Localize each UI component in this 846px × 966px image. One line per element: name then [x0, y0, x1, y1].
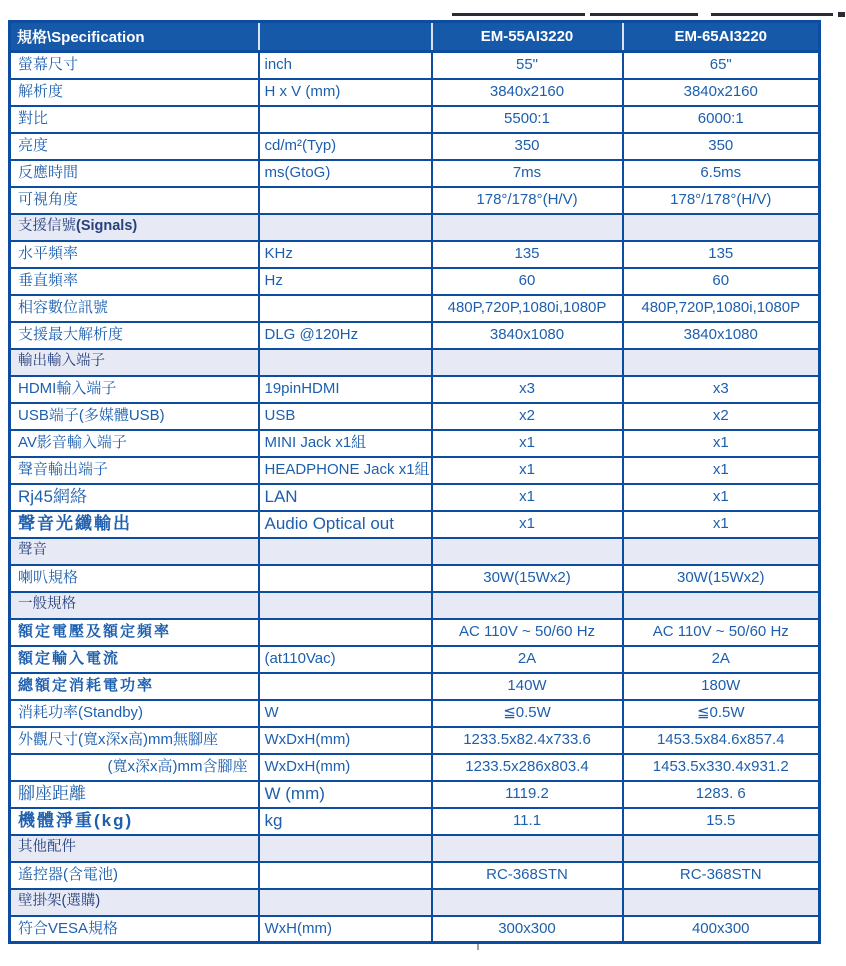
spec-unit-cell: USB: [259, 403, 432, 430]
value-text: 3840x1080: [684, 326, 758, 343]
spec-value-cell-em65: 60: [623, 268, 820, 295]
spec-value-cell-em65: ≦0.5W: [623, 700, 820, 727]
spec-label-cell: 其他配件: [10, 835, 259, 862]
spec-value-cell-em65: 1453.5x84.6x857.4: [623, 727, 820, 754]
spec-value-cell-em55: x1: [432, 430, 623, 457]
value-text: 180W: [701, 677, 740, 694]
table-row: 消耗功率(Standby)W≦0.5W≦0.5W: [10, 700, 820, 727]
table-row: 聲音輸出端子HEADPHONE Jack x1組x1x1: [10, 457, 820, 484]
spec-unit-cell: Hz: [259, 268, 432, 295]
value-text: x1: [713, 488, 729, 505]
spec-value-cell-em65: x3: [623, 376, 820, 403]
spec-value-cell-em65: 3840x2160: [623, 79, 820, 106]
unit-text: inch: [265, 56, 293, 73]
label-text: 額定電壓及額定頻率: [18, 623, 171, 640]
table-row: 亮度cd/m²(Typ)350350: [10, 133, 820, 160]
spec-value-cell-em55: 5500:1: [432, 106, 623, 133]
spec-value-cell-em55: 2A: [432, 646, 623, 673]
spec-value-cell-em55: [432, 592, 623, 619]
spec-value-cell-em65: 30W(15Wx2): [623, 565, 820, 592]
spec-label-cell: HDMI輸入端子: [10, 376, 259, 403]
cropped-image-artifact: [452, 13, 585, 16]
label-text: 聲音: [18, 542, 47, 558]
spec-value-cell-em55: 300x300: [432, 916, 623, 943]
spec-label-cell: 垂直頻率: [10, 268, 259, 295]
unit-text: kg: [265, 811, 283, 830]
spec-value-cell-em55: 140W: [432, 673, 623, 700]
value-text: 135: [514, 245, 539, 262]
spec-value-cell-em65: x2: [623, 403, 820, 430]
table-row: 喇叭規格30W(15Wx2)30W(15Wx2): [10, 565, 820, 592]
table-row: 反應時間ms(GtoG)7ms6.5ms: [10, 160, 820, 187]
spec-value-cell-em65: [623, 835, 820, 862]
spec-value-cell-em55: [432, 349, 623, 376]
section-row: 一般規格: [10, 592, 820, 619]
spec-unit-cell: [259, 538, 432, 565]
spec-unit-cell: [259, 673, 432, 700]
label-text: 總額定消耗電功率: [18, 677, 154, 694]
spec-value-cell-em55: 135: [432, 241, 623, 268]
value-text: 140W: [507, 677, 546, 694]
unit-text: HEADPHONE Jack x1組: [265, 461, 430, 478]
value-text: 6000:1: [698, 110, 744, 127]
table-row: 外觀尺寸(寬x深x高)mm無腳座WxDxH(mm)1233.5x82.4x733…: [10, 727, 820, 754]
table-row: 垂直頻率Hz6060: [10, 268, 820, 295]
value-text: x3: [713, 380, 729, 397]
table-row: 聲音光纖輸出Audio Optical outx1x1: [10, 511, 820, 538]
spec-value-cell-em55: 11.1: [432, 808, 623, 835]
table-row: 機體淨重(kg)kg11.115.5: [10, 808, 820, 835]
label-text: 對比: [18, 110, 48, 127]
value-text: 350: [514, 137, 539, 154]
table-row: 對比5500:16000:1: [10, 106, 820, 133]
table-row: Rj45網絡LANx1x1: [10, 484, 820, 511]
spec-unit-cell: [259, 214, 432, 241]
value-text: 30W(15Wx2): [483, 569, 571, 586]
value-text: 3840x1080: [490, 326, 564, 343]
unit-text: cd/m²(Typ): [265, 137, 337, 154]
header-spec-title: 規格\Specification: [10, 22, 259, 52]
label-text: 聲音光纖輸出: [18, 514, 132, 533]
spec-label-cell: Rj45網絡: [10, 484, 259, 511]
label-text: AV影音輸入端子: [18, 434, 127, 451]
value-text: 55": [516, 56, 538, 73]
spec-value-cell-em55: 55": [432, 52, 623, 79]
spec-value-cell-em55: 7ms: [432, 160, 623, 187]
spec-unit-cell: 19pinHDMI: [259, 376, 432, 403]
spec-value-cell-em55: [432, 889, 623, 916]
spec-label-cell: 腳座距離: [10, 781, 259, 808]
spec-value-cell-em65: 480P,720P,1080i,1080P: [623, 295, 820, 322]
unit-text: 19pinHDMI: [265, 380, 340, 397]
value-text: 15.5: [706, 812, 735, 829]
spec-unit-cell: WxDxH(mm): [259, 754, 432, 781]
spec-value-cell-em65: [623, 592, 820, 619]
header-model-em65: EM-65AI3220: [623, 22, 820, 52]
spec-table-body: 螢幕尺寸inch55"65"解析度H x V (mm)3840x21603840…: [10, 52, 820, 943]
spec-unit-cell: [259, 835, 432, 862]
spec-value-cell-em65: 135: [623, 241, 820, 268]
spec-value-cell-em65: 1453.5x330.4x931.2: [623, 754, 820, 781]
label-text: 解析度: [18, 83, 63, 100]
value-text: 65": [710, 56, 732, 73]
section-label-en: (Signals): [76, 218, 137, 234]
spec-label-cell: 可視角度: [10, 187, 259, 214]
spec-unit-cell: ms(GtoG): [259, 160, 432, 187]
spec-value-cell-em65: [623, 349, 820, 376]
spec-unit-cell: W (mm): [259, 781, 432, 808]
label-text: 反應時間: [18, 164, 78, 181]
label-text: 符合VESA規格: [18, 920, 118, 937]
spec-label-cell: 機體淨重(kg): [10, 808, 259, 835]
unit-text: W: [265, 704, 279, 721]
spec-value-cell-em65: 350: [623, 133, 820, 160]
spec-unit-cell: Audio Optical out: [259, 511, 432, 538]
value-text: 3840x2160: [490, 83, 564, 100]
table-row: 額定電壓及額定頻率AC 110V ~ 50/60 HzAC 110V ~ 50/…: [10, 619, 820, 646]
spec-label-cell: (寬x深x高)mm含腳座: [10, 754, 259, 781]
label-text: 額定輸入電流: [18, 650, 120, 667]
spec-label-cell: 總額定消耗電功率: [10, 673, 259, 700]
section-row: 支援信號(Signals): [10, 214, 820, 241]
table-row: 水平頻率KHz135135: [10, 241, 820, 268]
spec-value-cell-em65: RC-368STN: [623, 862, 820, 889]
spec-unit-cell: inch: [259, 52, 432, 79]
value-text: x1: [519, 434, 535, 451]
label-text: USB端子(多媒體USB): [18, 407, 165, 424]
spec-value-cell-em65: 6.5ms: [623, 160, 820, 187]
spec-label-cell: 反應時間: [10, 160, 259, 187]
spec-label-cell: 亮度: [10, 133, 259, 160]
spec-value-cell-em55: 178°/178°(H/V): [432, 187, 623, 214]
spec-unit-cell: [259, 187, 432, 214]
spec-value-cell-em65: x1: [623, 511, 820, 538]
spec-unit-cell: (at110Vac): [259, 646, 432, 673]
section-row: 聲音: [10, 538, 820, 565]
section-row: 壁掛架(選購): [10, 889, 820, 916]
unit-text: H x V (mm): [265, 83, 341, 100]
unit-text: USB: [265, 407, 296, 424]
spec-label-cell: 聲音輸出端子: [10, 457, 259, 484]
spec-value-cell-em55: x2: [432, 403, 623, 430]
label-text: 輸出輸入端子: [18, 353, 105, 369]
label-text: 亮度: [18, 137, 48, 154]
spec-label-cell: AV影音輸入端子: [10, 430, 259, 457]
value-text: 480P,720P,1080i,1080P: [641, 299, 800, 316]
spec-label-cell: 解析度: [10, 79, 259, 106]
unit-text: Hz: [265, 272, 283, 289]
spec-label-cell: 支援信號(Signals): [10, 214, 259, 241]
spec-unit-cell: cd/m²(Typ): [259, 133, 432, 160]
label-text: 聲音輸出端子: [18, 461, 108, 478]
value-text: 1453.5x330.4x931.2: [653, 758, 789, 775]
unit-text: MINI Jack x1組: [265, 434, 367, 451]
spec-label-cell: 遙控器(含電池): [10, 862, 259, 889]
label-text: 相容數位訊號: [18, 299, 108, 316]
unit-text: WxH(mm): [265, 920, 332, 937]
value-text: 480P,720P,1080i,1080P: [448, 299, 607, 316]
spec-unit-cell: WxH(mm): [259, 916, 432, 943]
table-row: 額定輸入電流(at110Vac)2A2A: [10, 646, 820, 673]
spec-label-cell: USB端子(多媒體USB): [10, 403, 259, 430]
unit-text: W (mm): [265, 784, 325, 803]
table-row: (寬x深x高)mm含腳座WxDxH(mm)1233.5x286x803.4145…: [10, 754, 820, 781]
spec-value-cell-em65: 400x300: [623, 916, 820, 943]
value-text: RC-368STN: [680, 866, 762, 883]
unit-text: WxDxH(mm): [265, 731, 351, 748]
spec-label-cell: 額定電壓及額定頻率: [10, 619, 259, 646]
spec-label-cell: 螢幕尺寸: [10, 52, 259, 79]
label-text: HDMI輸入端子: [18, 380, 116, 397]
unit-text: (at110Vac): [265, 650, 336, 667]
value-text: 1233.5x82.4x733.6: [463, 731, 591, 748]
spec-unit-cell: LAN: [259, 484, 432, 511]
value-text: x1: [713, 461, 729, 478]
spec-value-cell-em55: [432, 538, 623, 565]
value-text: 30W(15Wx2): [677, 569, 765, 586]
value-text: 2A: [712, 650, 730, 667]
label-text: 支援最大解析度: [18, 326, 123, 343]
spec-unit-cell: [259, 565, 432, 592]
header-model-em55: EM-55AI3220: [432, 22, 623, 52]
value-text: x2: [713, 407, 729, 424]
spec-unit-cell: [259, 619, 432, 646]
spec-value-cell-em55: 3840x2160: [432, 79, 623, 106]
spec-value-cell-em65: 15.5: [623, 808, 820, 835]
spec-value-cell-em55: 60: [432, 268, 623, 295]
table-row: 遙控器(含電池)RC-368STNRC-368STN: [10, 862, 820, 889]
spec-unit-cell: DLG @120Hz: [259, 322, 432, 349]
spec-unit-cell: MINI Jack x1組: [259, 430, 432, 457]
value-text: 135: [708, 245, 733, 262]
value-text: 1283. 6: [696, 785, 746, 802]
spec-sheet: 規格\Specification EM-55AI3220 EM-65AI3220…: [8, 20, 818, 944]
label-text: 壁掛架(選購): [18, 893, 100, 909]
value-text: 5500:1: [504, 110, 550, 127]
spec-value-cell-em65: 180W: [623, 673, 820, 700]
cropped-image-artifact: [711, 13, 833, 16]
spec-value-cell-em55: 1119.2: [432, 781, 623, 808]
value-text: x1: [519, 488, 535, 505]
spec-label-cell: 相容數位訊號: [10, 295, 259, 322]
spec-label-cell: 聲音: [10, 538, 259, 565]
spec-unit-cell: W: [259, 700, 432, 727]
value-text: 7ms: [513, 164, 541, 181]
spec-value-cell-em65: 3840x1080: [623, 322, 820, 349]
value-text: 6.5ms: [700, 164, 741, 181]
spec-value-cell-em55: RC-368STN: [432, 862, 623, 889]
spec-value-cell-em55: 30W(15Wx2): [432, 565, 623, 592]
spec-unit-cell: [259, 592, 432, 619]
value-text: RC-368STN: [486, 866, 568, 883]
spec-value-cell-em65: x1: [623, 430, 820, 457]
spec-value-cell-em65: 1283. 6: [623, 781, 820, 808]
label-text: 垂直頻率: [18, 272, 78, 289]
spec-unit-cell: HEADPHONE Jack x1組: [259, 457, 432, 484]
cropped-image-artifact: [590, 13, 698, 16]
value-text: ≦0.5W: [697, 704, 745, 721]
spec-unit-cell: [259, 295, 432, 322]
label-text: 喇叭規格: [18, 569, 78, 586]
spec-unit-cell: [259, 862, 432, 889]
spec-unit-cell: [259, 349, 432, 376]
cropped-image-artifact: [838, 12, 845, 17]
spec-label-cell: 符合VESA規格: [10, 916, 259, 943]
spec-value-cell-em65: 178°/178°(H/V): [623, 187, 820, 214]
table-row: AV影音輸入端子MINI Jack x1組x1x1: [10, 430, 820, 457]
section-row: 其他配件: [10, 835, 820, 862]
table-row: 螢幕尺寸inch55"65": [10, 52, 820, 79]
value-text: 178°/178°(H/V): [670, 191, 771, 208]
value-text: 60: [519, 272, 536, 289]
label-text: Rj45網絡: [18, 487, 87, 506]
value-text: x3: [519, 380, 535, 397]
spec-value-cell-em55: [432, 835, 623, 862]
spec-label-cell: 水平頻率: [10, 241, 259, 268]
header-row: 規格\Specification EM-55AI3220 EM-65AI3220: [10, 22, 820, 52]
value-text: 1119.2: [505, 785, 549, 802]
label-text: 螢幕尺寸: [18, 56, 78, 73]
spec-value-cell-em55: x1: [432, 511, 623, 538]
spec-unit-cell: H x V (mm): [259, 79, 432, 106]
value-text: AC 110V ~ 50/60 Hz: [459, 623, 595, 640]
label-text: 支援信號: [18, 218, 76, 234]
value-text: 3840x2160: [684, 83, 758, 100]
label-text: (寬x深x高)mm含腳座: [108, 758, 248, 775]
label-text: 其他配件: [18, 839, 76, 855]
table-row: 腳座距離W (mm)1119.21283. 6: [10, 781, 820, 808]
table-row: 可視角度178°/178°(H/V)178°/178°(H/V): [10, 187, 820, 214]
spec-unit-cell: [259, 106, 432, 133]
spec-value-cell-em55: 1233.5x286x803.4: [432, 754, 623, 781]
spec-value-cell-em55: 350: [432, 133, 623, 160]
spec-table-header: 規格\Specification EM-55AI3220 EM-65AI3220: [10, 22, 820, 52]
spec-label-cell: 消耗功率(Standby): [10, 700, 259, 727]
value-text: x1: [713, 515, 729, 532]
spec-value-cell-em55: x1: [432, 457, 623, 484]
spec-value-cell-em55: x3: [432, 376, 623, 403]
spec-value-cell-em65: [623, 214, 820, 241]
spec-value-cell-em55: 3840x1080: [432, 322, 623, 349]
spec-table: 規格\Specification EM-55AI3220 EM-65AI3220…: [8, 20, 821, 944]
spec-label-cell: 聲音光纖輸出: [10, 511, 259, 538]
value-text: 350: [708, 137, 733, 154]
spec-value-cell-em65: [623, 538, 820, 565]
spec-unit-cell: WxDxH(mm): [259, 727, 432, 754]
spec-value-cell-em65: x1: [623, 457, 820, 484]
spec-unit-cell: KHz: [259, 241, 432, 268]
label-text: 一般規格: [18, 596, 76, 612]
spec-unit-cell: kg: [259, 808, 432, 835]
value-text: 11.1: [513, 812, 541, 829]
table-row: USB端子(多媒體USB)USBx2x2: [10, 403, 820, 430]
table-row: HDMI輸入端子19pinHDMIx3x3: [10, 376, 820, 403]
spec-value-cell-em55: 480P,720P,1080i,1080P: [432, 295, 623, 322]
spec-value-cell-em55: AC 110V ~ 50/60 Hz: [432, 619, 623, 646]
value-text: 300x300: [498, 920, 556, 937]
value-text: x1: [713, 434, 729, 451]
spec-label-cell: 喇叭規格: [10, 565, 259, 592]
label-text: 可視角度: [18, 191, 78, 208]
unit-text: DLG @120Hz: [265, 326, 359, 343]
spec-value-cell-em65: x1: [623, 484, 820, 511]
value-text: 178°/178°(H/V): [476, 191, 577, 208]
spec-value-cell-em55: [432, 214, 623, 241]
spec-label-cell: 額定輸入電流: [10, 646, 259, 673]
label-text: 遙控器(含電池): [18, 866, 118, 883]
section-row: 輸出輸入端子: [10, 349, 820, 376]
spec-value-cell-em65: 65": [623, 52, 820, 79]
label-text: 外觀尺寸(寬x深x高)mm無腳座: [18, 731, 218, 748]
table-row: 相容數位訊號480P,720P,1080i,1080P480P,720P,108…: [10, 295, 820, 322]
spec-value-cell-em65: 2A: [623, 646, 820, 673]
value-text: 60: [712, 272, 729, 289]
spec-value-cell-em55: ≦0.5W: [432, 700, 623, 727]
value-text: x1: [519, 461, 535, 478]
table-row: 符合VESA規格WxH(mm)300x300400x300: [10, 916, 820, 943]
value-text: 1233.5x286x803.4: [465, 758, 588, 775]
unit-text: LAN: [265, 487, 298, 506]
spec-unit-cell: [259, 889, 432, 916]
label-text: 消耗功率(Standby): [18, 704, 143, 721]
unit-text: ms(GtoG): [265, 164, 331, 181]
spec-label-cell: 支援最大解析度: [10, 322, 259, 349]
table-row: 支援最大解析度DLG @120Hz3840x10803840x1080: [10, 322, 820, 349]
spec-label-cell: 外觀尺寸(寬x深x高)mm無腳座: [10, 727, 259, 754]
spec-label-cell: 輸出輸入端子: [10, 349, 259, 376]
spec-value-cell-em55: 1233.5x82.4x733.6: [432, 727, 623, 754]
value-text: x1: [519, 515, 535, 532]
value-text: 2A: [518, 650, 536, 667]
table-row: 解析度H x V (mm)3840x21603840x2160: [10, 79, 820, 106]
spec-label-cell: 對比: [10, 106, 259, 133]
header-unit-column: [259, 22, 432, 52]
spec-value-cell-em65: 6000:1: [623, 106, 820, 133]
value-text: ≦0.5W: [503, 704, 551, 721]
spec-value-cell-em55: x1: [432, 484, 623, 511]
spec-label-cell: 一般規格: [10, 592, 259, 619]
label-text: 機體淨重(kg): [18, 811, 133, 830]
spec-value-cell-em65: [623, 889, 820, 916]
value-text: 1453.5x84.6x857.4: [657, 731, 785, 748]
value-text: x2: [519, 407, 535, 424]
label-text: 腳座距離: [18, 784, 86, 803]
spec-value-cell-em65: AC 110V ~ 50/60 Hz: [623, 619, 820, 646]
unit-text: KHz: [265, 245, 293, 262]
unit-text: Audio Optical out: [265, 514, 394, 533]
label-text: 水平頻率: [18, 245, 78, 262]
value-text: AC 110V ~ 50/60 Hz: [653, 623, 789, 640]
unit-text: WxDxH(mm): [265, 758, 351, 775]
spec-label-cell: 壁掛架(選購): [10, 889, 259, 916]
table-row: 總額定消耗電功率140W180W: [10, 673, 820, 700]
value-text: 400x300: [692, 920, 750, 937]
